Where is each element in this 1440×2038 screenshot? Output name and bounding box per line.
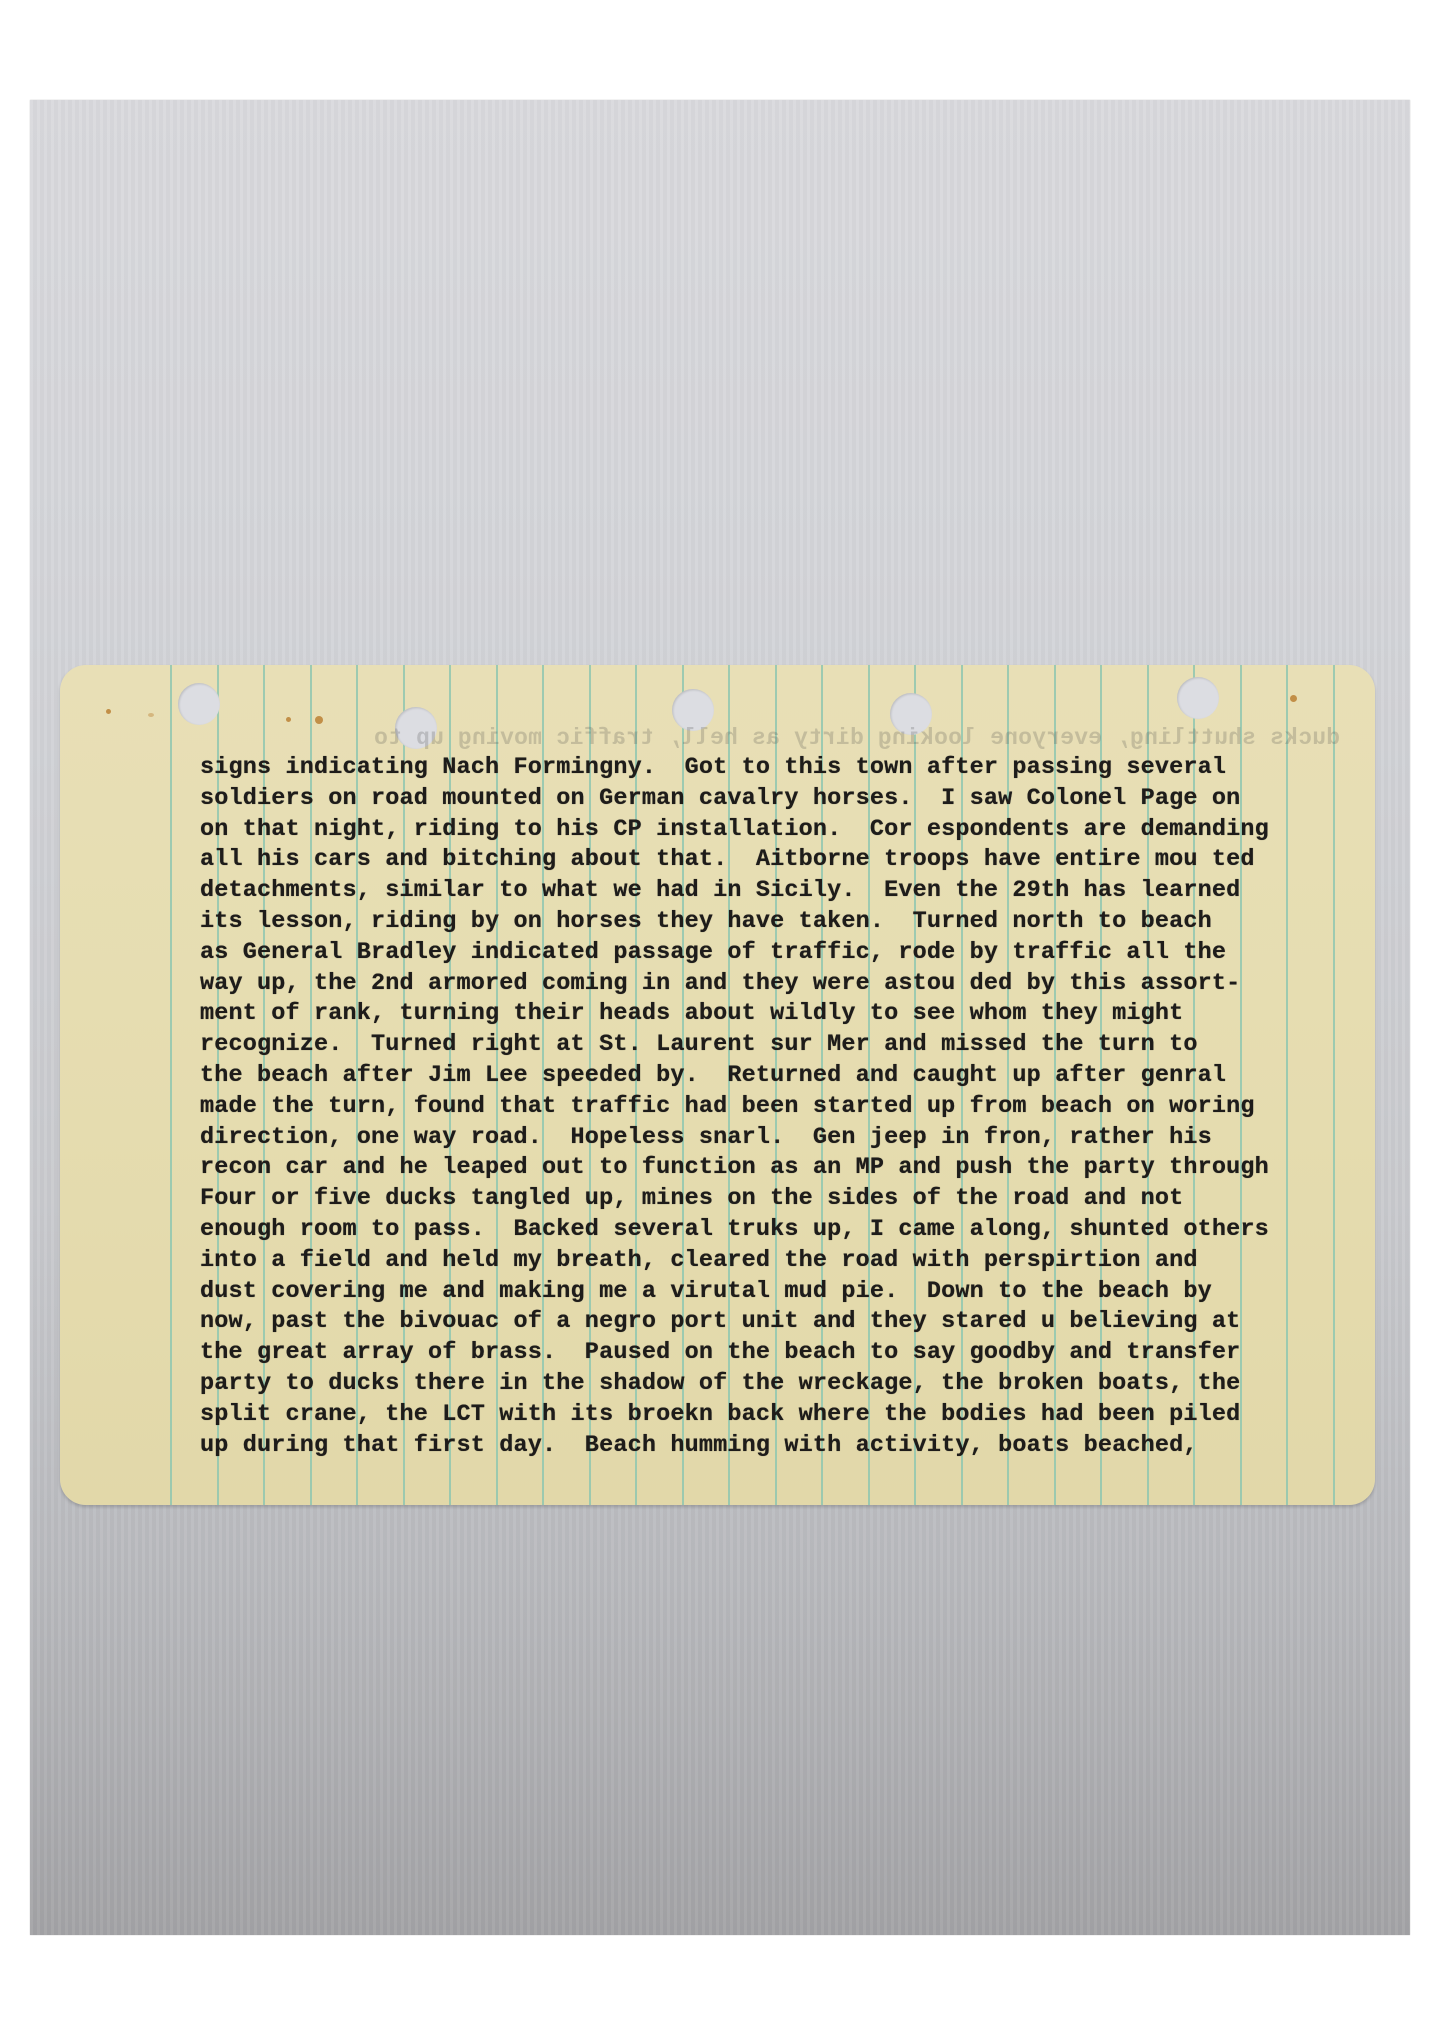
typewritten-text: signs indicating Nach Formingny. Got to … [200,753,1360,1461]
text-line: made the turn, found that traffic had be… [200,1092,1360,1123]
text-line: dust covering me and making me a virutal… [200,1277,1360,1308]
text-line: detachments, similar to what we had in S… [200,876,1360,907]
text-line: split crane, the LCT with its broekn bac… [200,1400,1360,1431]
faint-show-through [250,350,1250,650]
text-line: ment of rank, turning their heads about … [200,999,1360,1030]
text-line: now, past the bivouac of a negro port un… [200,1307,1360,1338]
text-line: recognize. Turned right at St. Laurent s… [200,1030,1360,1061]
stain-spot [148,713,154,717]
text-line: party to ducks there in the shadow of th… [200,1369,1360,1400]
text-line: into a field and held my breath, cleared… [200,1246,1360,1277]
stain-spot [1290,695,1297,702]
text-line: up during that first day. Beach humming … [200,1431,1360,1462]
text-line: all his cars and bitching about that. Ai… [200,845,1360,876]
text-line: enough room to pass. Backed several truk… [200,1215,1360,1246]
text-line: as General Bradley indicated passage of … [200,938,1360,969]
text-line: Four or five ducks tangled up, mines on … [200,1184,1360,1215]
stain-spot [106,709,111,714]
reverse-side-show-through: ducks shuttling, everyone looking dirty … [90,723,1340,754]
punch-hole [178,683,220,725]
text-line: way up, the 2nd armored coming in and th… [200,969,1360,1000]
text-line: the great array of brass. Paused on the … [200,1338,1360,1369]
text-line: its lesson, riding by on horses they hav… [200,907,1360,938]
text-line: the beach after Jim Lee speeded by. Retu… [200,1061,1360,1092]
punch-hole [1177,677,1219,719]
index-card: ducks shuttling, everyone looking dirty … [60,665,1375,1505]
text-line: on that night, riding to his CP installa… [200,815,1360,846]
stain-spot [286,717,291,722]
text-line: direction, one way road. Hopeless snarl.… [200,1123,1360,1154]
text-line: soldiers on road mounted on German caval… [200,784,1360,815]
text-line: recon car and he leaped out to function … [200,1153,1360,1184]
text-line: signs indicating Nach Formingny. Got to … [200,753,1360,784]
